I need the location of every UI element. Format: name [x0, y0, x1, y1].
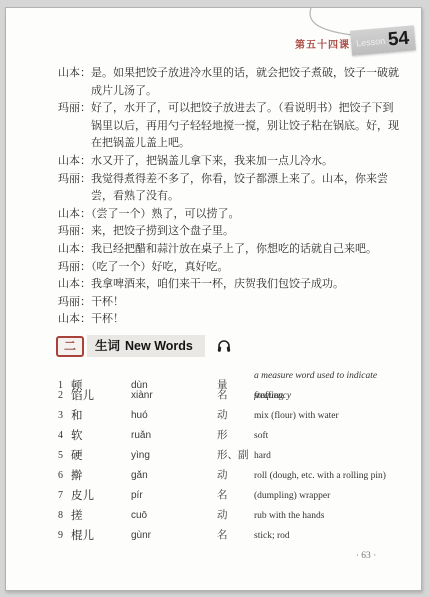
section-number-badge: 二: [56, 336, 84, 357]
dialogue-text: 我已经把醋和蒜汁放在桌子上了，你想吃的话就自己来吧。: [91, 243, 377, 255]
new-words-header: 二 生词New Words: [56, 334, 232, 358]
speaker-name: 玛丽：: [58, 225, 91, 237]
section-title-chinese: 生词: [95, 339, 120, 353]
vocab-pos: 动: [217, 466, 254, 486]
vocab-number: 2: [58, 386, 71, 406]
vocab-hanzi: 馅儿: [71, 386, 131, 406]
speaker-name: 山本：: [58, 155, 91, 167]
vocab-meaning: hard: [254, 446, 413, 466]
dialogue-text: 是。如果把饺子放进冷水里的话，就会把饺子煮破，饺子一破就成片儿汤了。: [91, 67, 399, 97]
vocab-pinyin: yìng: [131, 446, 217, 466]
vocab-pinyin: ruǎn: [131, 426, 217, 446]
lesson-label: Lesson: [356, 35, 386, 47]
vocab-meaning: stick; rod: [254, 526, 413, 546]
vocab-row: 1 顿 dùn 量 a measure word used to indicat…: [58, 366, 413, 386]
section-title-english: New Words: [125, 339, 193, 353]
dialogue-line: 山本：（尝了一个）熟了，可以捞了。: [58, 206, 401, 224]
lesson-number-tag: Lesson 54: [350, 25, 416, 55]
dialogue-text: 好了，水开了，可以把饺子放进去了。（看说明书）把饺子下到锅里以后，再用勺子轻轻地…: [91, 102, 399, 149]
dialogue-line: 山本：水又开了，把锅盖儿拿下来，我来加一点儿冷水。: [58, 153, 401, 171]
headphones-icon: [216, 338, 232, 354]
dialogue-text: 我觉得煮得差不多了，你看，饺子都漂上来了。山本，你来尝尝，看熟了没有。: [91, 173, 388, 203]
vocab-row: 6 擀 gǎn 动 roll (dough, etc. with a rolli…: [58, 466, 413, 486]
dialogue-text: 我拿啤酒来，咱们来干一杯，庆贺我们包饺子成功。: [91, 278, 344, 290]
vocab-pinyin: huó: [131, 406, 217, 426]
vocab-hanzi: 皮儿: [71, 486, 131, 506]
dialogue-text: 干杯！: [91, 313, 124, 325]
vocab-number: 5: [58, 446, 71, 466]
vocab-pos: 名: [217, 526, 254, 546]
dialogue-text: 水又开了，把锅盖儿拿下来，我来加一点儿冷水。: [91, 155, 333, 167]
speaker-name: 山本：: [58, 67, 91, 79]
dialogue-line: 玛丽：干杯！: [58, 294, 401, 312]
vocab-pinyin: gǎn: [131, 466, 217, 486]
dialogue-line: 玛丽：好了，水开了，可以把饺子放进去了。（看说明书）把饺子下到锅里以后，再用勺子…: [58, 100, 401, 153]
vocab-hanzi: 棍儿: [71, 526, 131, 546]
speaker-name: 山本：: [58, 278, 91, 290]
vocab-pinyin: pír: [131, 486, 217, 506]
dialogue-line: 玛丽：我觉得煮得差不多了，你看，饺子都漂上来了。山本，你来尝尝，看熟了没有。: [58, 171, 401, 206]
vocab-hanzi: 软: [71, 426, 131, 446]
vocab-meaning: (dumpling) wrapper: [254, 486, 413, 506]
vocab-pinyin: gùnr: [131, 526, 217, 546]
speaker-name: 玛丽：: [58, 102, 91, 114]
vocab-number: 4: [58, 426, 71, 446]
dialogue-text: （吃了一个）好吃，真好吃。: [91, 261, 229, 273]
vocab-pos: 名: [217, 486, 254, 506]
lesson-title-chinese: 第五十四课: [295, 36, 350, 51]
speaker-name: 山本：: [58, 243, 91, 255]
vocab-row: 5 硬 yìng 形、副 hard: [58, 446, 413, 466]
vocab-meaning: mix (flour) with water: [254, 406, 413, 426]
vocab-number: 8: [58, 506, 71, 526]
speaker-name: 玛丽：: [58, 296, 91, 308]
vocab-hanzi: 搓: [71, 506, 131, 526]
dialogue-line: 山本：我已经把醋和蒜汁放在桌子上了，你想吃的话就自己来吧。: [58, 241, 401, 259]
book-page: 第五十四课 Lesson 54 山本：是。如果把饺子放进冷水里的话，就会把饺子煮…: [5, 7, 422, 591]
vocab-number: 7: [58, 486, 71, 506]
vocab-number: 9: [58, 526, 71, 546]
vocab-row: 7 皮儿 pír 名 (dumpling) wrapper: [58, 486, 413, 506]
vocab-pinyin: xiànr: [131, 386, 217, 406]
vocab-row: 4 软 ruǎn 形 soft: [58, 426, 413, 446]
dialogue-section: 山本：是。如果把饺子放进冷水里的话，就会把饺子煮破，饺子一破就成片儿汤了。 玛丽…: [58, 65, 401, 329]
vocab-hanzi: 硬: [71, 446, 131, 466]
speaker-name: 山本：: [58, 208, 91, 220]
vocab-meaning: soft: [254, 426, 413, 446]
vocab-pos: 名: [217, 386, 254, 406]
dialogue-line: 山本：干杯！: [58, 311, 401, 329]
vocab-pinyin: cuō: [131, 506, 217, 526]
speaker-name: 山本：: [58, 313, 91, 325]
dialogue-text: （尝了一个）熟了，可以捞了。: [91, 208, 240, 220]
vocab-pos: 动: [217, 406, 254, 426]
vocab-row: 3 和 huó 动 mix (flour) with water: [58, 406, 413, 426]
dialogue-text: 来，把饺子捞到这个盘子里。: [91, 225, 234, 237]
vocab-pos: 形、副: [217, 446, 254, 466]
dialogue-text: 干杯！: [91, 296, 124, 308]
vocab-hanzi: 和: [71, 406, 131, 426]
dialogue-line: 玛丽：（吃了一个）好吃，真好吃。: [58, 259, 401, 277]
page-number: · 63 ·: [336, 551, 396, 561]
vocab-meaning: roll (dough, etc. with a rolling pin): [254, 466, 413, 486]
section-title: 生词New Words: [87, 335, 205, 357]
dialogue-line: 玛丽：来，把饺子捞到这个盘子里。: [58, 223, 401, 241]
vocab-meaning: rub with the hands: [254, 506, 413, 526]
vocab-row: 2 馅儿 xiànr 名 stuffing: [58, 386, 413, 406]
vocab-hanzi: 擀: [71, 466, 131, 486]
vocab-pos: 动: [217, 506, 254, 526]
vocab-row: 8 搓 cuō 动 rub with the hands: [58, 506, 413, 526]
speaker-name: 玛丽：: [58, 173, 91, 185]
lesson-number: 54: [387, 27, 410, 51]
vocab-pos: 形: [217, 426, 254, 446]
speaker-name: 玛丽：: [58, 261, 91, 273]
vocab-row: 9 棍儿 gùnr 名 stick; rod: [58, 526, 413, 546]
screenshot-root: { "colors": { "accent": "#a8423a" }, "he…: [0, 0, 430, 597]
dialogue-line: 山本：我拿啤酒来，咱们来干一杯，庆贺我们包饺子成功。: [58, 276, 401, 294]
dialogue-line: 山本：是。如果把饺子放进冷水里的话，就会把饺子煮破，饺子一破就成片儿汤了。: [58, 65, 401, 100]
vocab-list: 1 顿 dùn 量 a measure word used to indicat…: [58, 366, 413, 546]
vocab-meaning: stuffing: [254, 386, 413, 406]
vocab-number: 6: [58, 466, 71, 486]
vocab-number: 3: [58, 406, 71, 426]
